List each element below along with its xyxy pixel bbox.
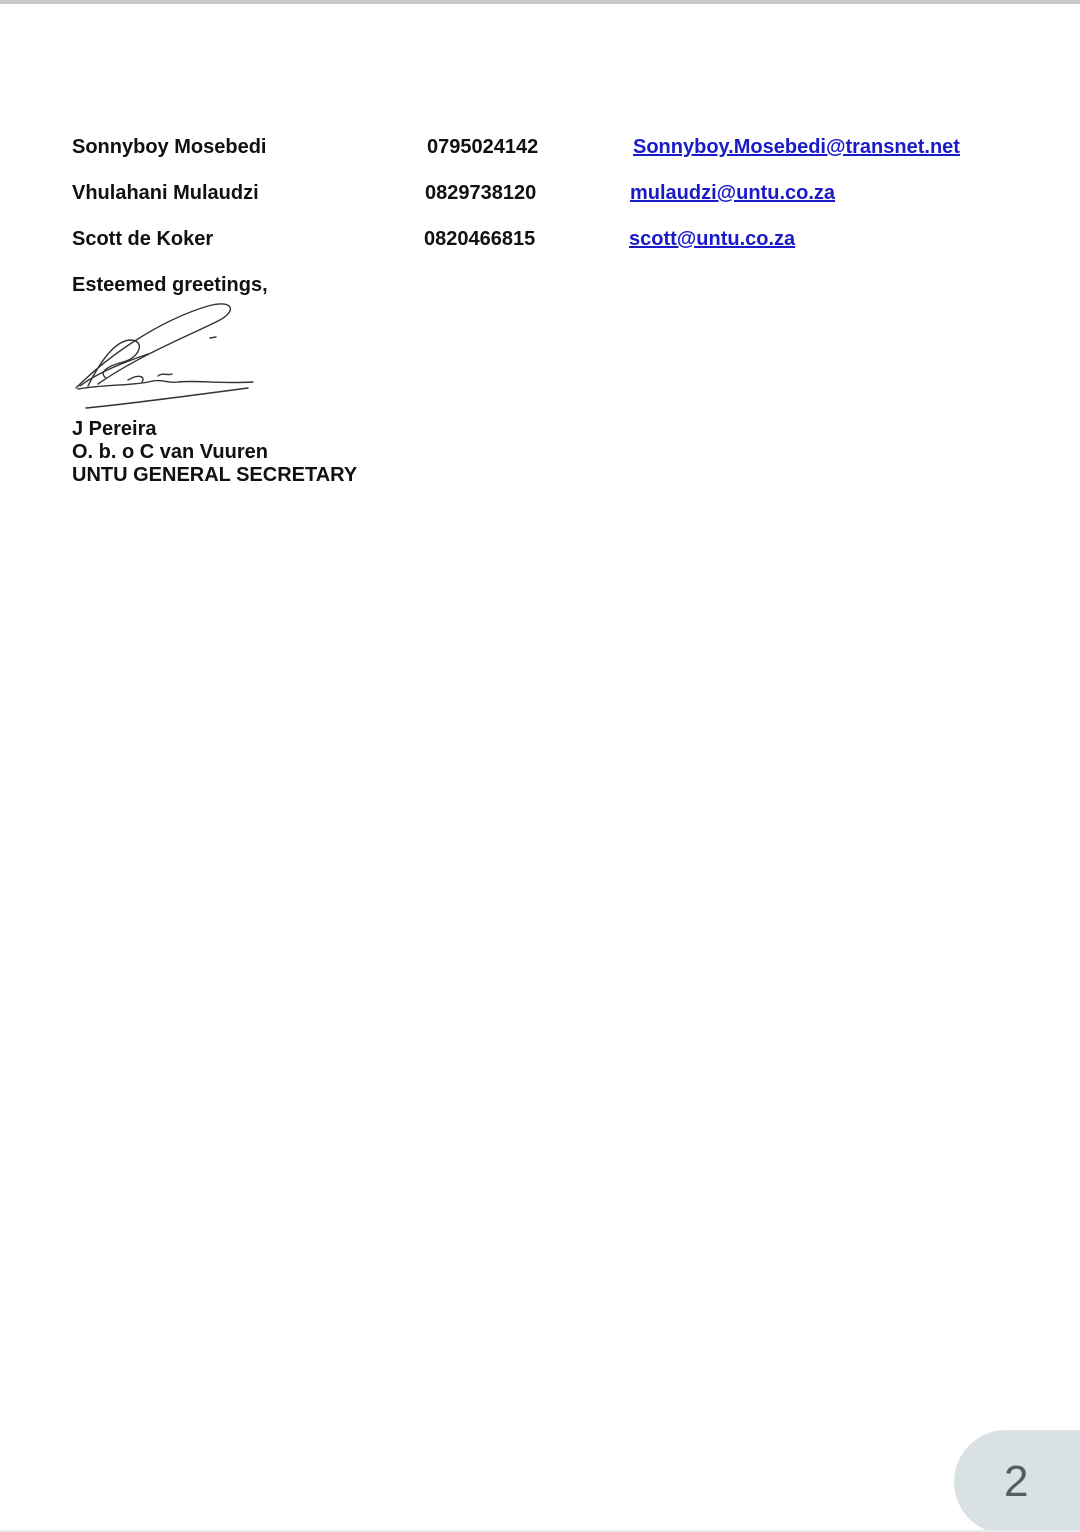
contact-row: Scott de Koker 0820466815 scott@untu.co.… [0, 224, 1080, 254]
signature-block: J Pereira O. b. o C van Vuuren UNTU GENE… [72, 418, 357, 487]
page-number: 2 [1004, 1452, 1028, 1512]
top-border [0, 0, 1080, 4]
contact-email-link[interactable]: scott@untu.co.za [629, 224, 795, 254]
contact-phone: 0829738120 [425, 178, 536, 208]
contact-phone: 0795024142 [427, 132, 538, 162]
contact-row: Vhulahani Mulaudzi 0829738120 mulaudzi@u… [0, 178, 1080, 208]
contact-name: Scott de Koker [72, 224, 213, 254]
contact-name: Sonnyboy Mosebedi [72, 132, 266, 162]
contact-name: Vhulahani Mulaudzi [72, 178, 259, 208]
signatory-name: J Pereira [72, 418, 357, 441]
contact-email-link[interactable]: mulaudzi@untu.co.za [630, 178, 835, 208]
on-behalf-of: O. b. o C van Vuuren [72, 441, 357, 464]
contact-row: Sonnyboy Mosebedi 0795024142 Sonnyboy.Mo… [0, 132, 1080, 162]
signatory-title: UNTU GENERAL SECRETARY [72, 464, 357, 487]
signature-image [68, 296, 268, 416]
contact-email-link[interactable]: Sonnyboy.Mosebedi@transnet.net [633, 132, 960, 162]
contact-phone: 0820466815 [424, 224, 535, 254]
